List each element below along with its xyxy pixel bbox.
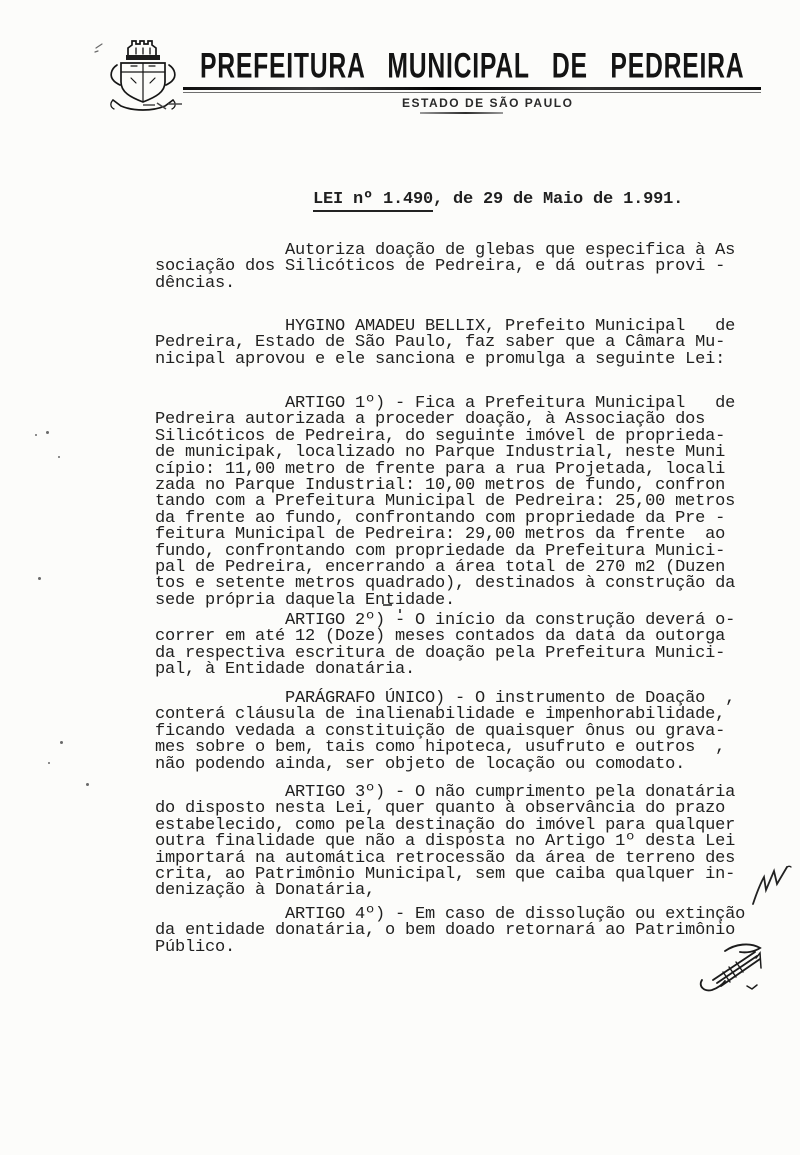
header-rule: [183, 87, 761, 90]
ink-speck: [60, 741, 63, 744]
handwritten-initials-mark: [746, 860, 794, 910]
ink-speck: [38, 577, 41, 580]
letterhead-subtitle: ESTADO DE SÃO PAULO: [402, 96, 573, 110]
scanned-law-document-page: PREFEITURA MUNICIPAL DE PEDREIRA ESTADO …: [0, 0, 800, 1155]
ink-dash: [399, 609, 401, 613]
letterhead-title: PREFEITURA MUNICIPAL DE PEDREIRA: [200, 45, 744, 86]
ink-speck: [48, 762, 50, 764]
header-rule-thin: [183, 92, 761, 93]
article-4-paragraph: ARTIGO 4º) - Em caso de dissolução ou ex…: [155, 907, 745, 956]
law-title: LEI nº 1.490, de 29 de Maio de 1.991.: [313, 190, 683, 209]
law-number: LEI nº 1.490: [313, 190, 433, 212]
ink-speck: [58, 456, 60, 458]
preamble-paragraph: HYGINO AMADEU BELLIX, Prefeito Municipal…: [155, 319, 735, 368]
paragrafo-unico-paragraph: PARÁGRAFO ÚNICO) - O instrumento de Doaç…: [155, 691, 735, 773]
handwritten-signature-flourish: [696, 936, 776, 994]
article-1-paragraph: ARTIGO 1º) - Fica a Prefeitura Municipal…: [155, 396, 735, 609]
article-2-paragraph: ARTIGO 2º) - O início da construção deve…: [155, 613, 735, 679]
header-rule-stub: [142, 100, 184, 112]
ink-speck: [86, 783, 89, 786]
ink-dash: [383, 604, 392, 606]
law-date: , de 29 de Maio de 1.991.: [433, 190, 683, 209]
ink-speck: [35, 434, 37, 436]
ink-speck: [46, 431, 49, 434]
article-3-paragraph: ARTIGO 3º) - O não cumprimento pela dona…: [155, 785, 735, 900]
ementa-paragraph: Autoriza doação de glebas que especifica…: [155, 243, 735, 292]
subtitle-underline: [420, 112, 503, 114]
